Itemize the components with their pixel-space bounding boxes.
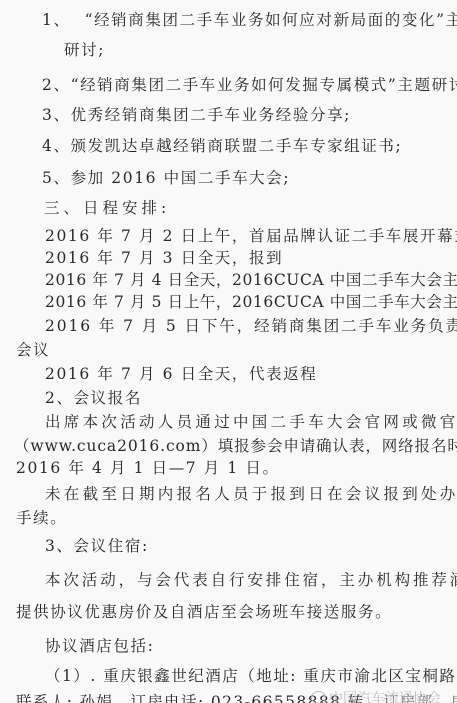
agenda-item-number: 2、 [42, 76, 71, 94]
watermark-text: 中国汽车流通协会 [329, 691, 441, 703]
agenda-item-text: “经销商集团二手车业务如何应对新局面的变化”主题 [85, 11, 457, 29]
agenda-item-4: 4、颁发凯达卓越经销商联盟二手车专家组证书; [42, 137, 402, 155]
schedule-heading: 三、日程安排: [44, 199, 170, 217]
accommodation-paragraph-line: 本次活动，与会代表自行安排住宿，主办机构推荐酒店，并 [45, 571, 457, 589]
registration-paragraph-line: 手续。 [16, 509, 67, 527]
registration-paragraph-line: （www.cuca2016.com）填报参会申请确认表，网络报名时间为: [14, 437, 457, 455]
schedule-item: 2016 年 7 月 5 日下午，经销商集团二手车业务负责人工作 [45, 317, 457, 335]
agenda-item-number: 3、 [42, 106, 71, 124]
schedule-item: 2016 年 7 月 3 日全天，报到 [45, 249, 283, 267]
agenda-item-1-continuation: 研讨; [64, 41, 105, 59]
watermark: 中国汽车流通协会 [311, 688, 441, 703]
agenda-item-text: “经销商集团二手车业务如何发掘专属模式”主题研讨; [71, 76, 457, 94]
registration-paragraph-line: 2016 年 4 月 1 日—7 月 1 日。 [16, 459, 280, 477]
wechat-icon [311, 691, 326, 703]
schedule-item: 2016 年 7 月 4 日全天，2016CUCA 中国二手车大会主题峰会 [45, 271, 457, 289]
hotels-heading: 协议酒店包括: [45, 637, 154, 655]
accommodation-paragraph-line: 提供协议优惠房价及自酒店至会场班车接送服务。 [16, 603, 392, 621]
registration-heading: 2、会议报名 [45, 389, 142, 407]
agenda-item-2: 2、“经销商集团二手车业务如何发掘专属模式”主题研讨; [42, 76, 457, 94]
agenda-item-number: 1、 [42, 11, 71, 29]
agenda-item-text: 参加 2016 中国二手车大会; [71, 169, 291, 187]
agenda-item-number: 5、 [42, 169, 71, 187]
agenda-item-1: 1、“经销商集团二手车业务如何应对新局面的变化”主题 [42, 11, 457, 29]
schedule-item: 2016 年 7 月 5 日上午，2016CUCA 中国二手车大会主题峰会 [45, 293, 457, 311]
hotel-1-address: （1）. 重庆银鑫世纪酒店（地址: 重庆市渝北区宝桐路 9 号, [45, 667, 457, 685]
agenda-item-5: 5、参加 2016 中国二手车大会; [42, 169, 290, 187]
agenda-item-text: 优秀经销商集团二手车业务经验分享; [71, 106, 351, 124]
agenda-item-text: 颁发凯达卓越经销商联盟二手车专家组证书; [71, 137, 403, 155]
agenda-item-number: 4、 [42, 137, 71, 155]
schedule-item: 2016 年 7 月 2 日上午，首届品牌认证二手车展开幕式 [45, 227, 457, 245]
registration-paragraph-line: 出席本次活动人员通过中国二手车大会官网或微官网 [45, 413, 457, 431]
registration-paragraph-line: 未在截至日期内报名人员于报到日在会议报到处办理报名 [45, 485, 457, 503]
schedule-item-continuation: 会议 [16, 341, 50, 359]
accommodation-heading: 3、会议住宿: [45, 537, 149, 555]
schedule-item: 2016 年 7 月 6 日全天，代表返程 [45, 365, 317, 383]
agenda-item-3: 3、优秀经销商集团二手车业务经验分享; [42, 106, 351, 124]
document-page: 1、“经销商集团二手车业务如何应对新局面的变化”主题 研讨; 2、“经销商集团二… [0, 0, 457, 703]
